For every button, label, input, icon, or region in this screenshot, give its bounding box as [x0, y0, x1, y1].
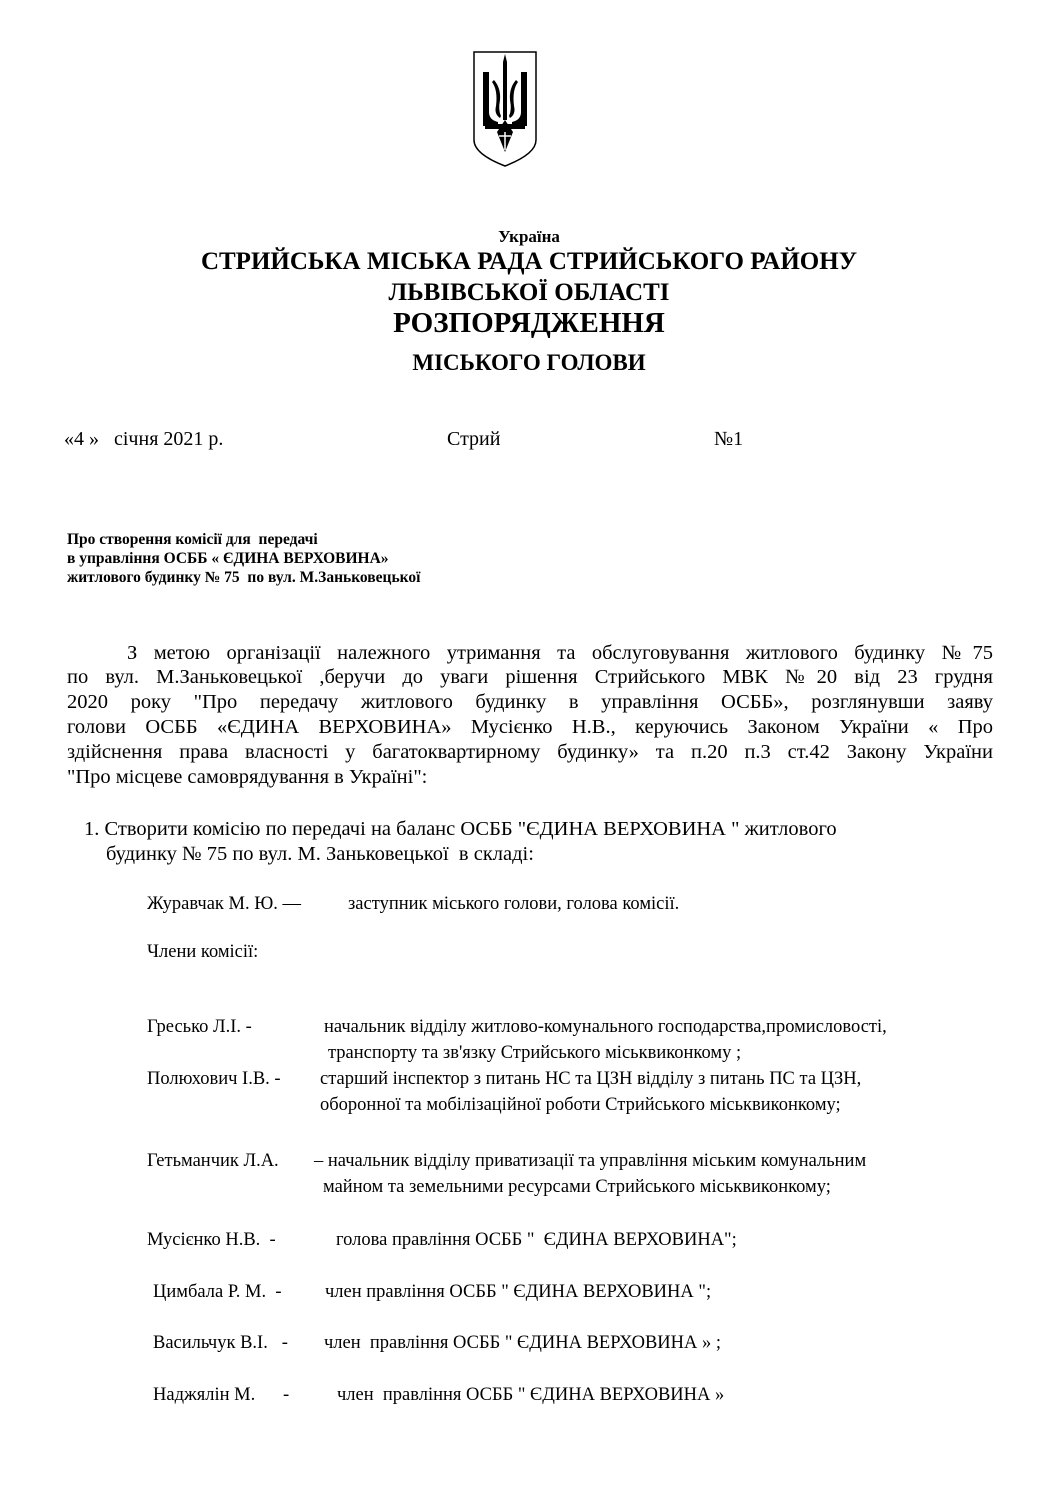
member-role: член правління ОСББ " ЄДИНА ВЕРХОВИНА » … — [324, 1333, 721, 1354]
subject-line: Про створення комісії для передачі — [67, 531, 318, 549]
document-date: «4 » січня 2021 р. — [64, 428, 223, 451]
issuer-heading: МІСЬКОГО ГОЛОВИ — [0, 350, 1058, 376]
member-role: член правління ОСББ " ЄДИНА ВЕРХОВИНА » — [337, 1385, 724, 1406]
preamble-line: "Про місцеве самоврядування в Україні": — [67, 766, 427, 789]
trident-coat-of-arms-icon — [472, 50, 538, 168]
member-name: Гресько Л.І. - — [147, 1017, 252, 1038]
preamble-line: 2020 року "Про передачу житлового будинк… — [67, 691, 993, 714]
preamble-line: голови ОСББ «ЄДИНА ВЕРХОВИНА» Мусієнко Н… — [67, 716, 993, 739]
member-name: Мусієнко Н.В. - — [147, 1230, 276, 1251]
member-role: начальник відділу житлово-комунального г… — [324, 1017, 887, 1038]
member-role: голова правління ОСББ " ЄДИНА ВЕРХОВИНА"… — [336, 1230, 737, 1251]
members-label: Члени комісії: — [147, 942, 258, 963]
country-heading: Україна — [0, 227, 1058, 247]
document-type-heading: РОЗПОРЯДЖЕННЯ — [0, 307, 1058, 340]
item-1-line: 1. Створити комісію по передачі на балан… — [84, 818, 837, 841]
member-name: Полюхович І.В. - — [147, 1069, 281, 1090]
preamble-line: по вул. М.Заньковецької ,беручи до уваги… — [67, 666, 993, 689]
member-role: старший інспектор з питань НС та ЦЗН від… — [320, 1069, 861, 1090]
member-role: майном та земельними ресурсами Стрийсько… — [323, 1177, 831, 1198]
member-name: Васильчук В.І. - — [153, 1333, 288, 1354]
member-role: транспорту та зв'язку Стрийського міськв… — [328, 1043, 741, 1064]
chair-name: Журавчак М. Ю. — — [147, 894, 301, 915]
council-heading: СТРИЙСЬКА МІСЬКА РАДА СТРИЙСЬКОГО РАЙОНУ — [0, 248, 1058, 276]
chair-role: заступник міського голови, голова комісі… — [348, 894, 679, 915]
item-1-line: будинку № 75 по вул. М. Заньковецької в … — [106, 843, 534, 866]
subject-line: в управління ОСББ « ЄДИНА ВЕРХОВИНА» — [67, 550, 389, 568]
member-role: член правління ОСББ " ЄДИНА ВЕРХОВИНА "; — [325, 1282, 711, 1303]
preamble-line: З метою організації належного утримання … — [127, 642, 993, 665]
preamble-line: здійснення права власності у багатокварт… — [67, 741, 993, 764]
document-city: Стрий — [447, 428, 500, 451]
member-name: Наджялін М. - — [153, 1385, 289, 1406]
document-number: №1 — [714, 428, 743, 451]
member-role: оборонної та мобілізаційної роботи Стрий… — [320, 1095, 841, 1116]
subject-line: житлового будинку № 75 по вул. М.Заньков… — [67, 569, 420, 587]
oblast-heading: ЛЬВІВСЬКОЇ ОБЛАСТІ — [0, 279, 1058, 307]
member-name: Цимбала Р. М. - — [153, 1282, 282, 1303]
member-name: Гетьманчик Л.А. — [147, 1151, 279, 1172]
member-role: – начальник відділу приватизації та упра… — [314, 1151, 866, 1172]
